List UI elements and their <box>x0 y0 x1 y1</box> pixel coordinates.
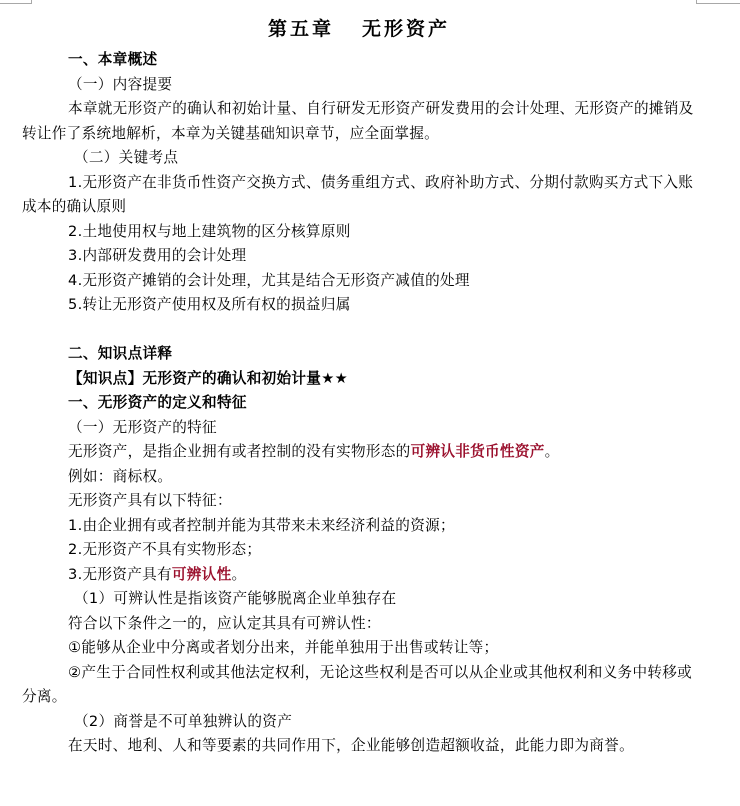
feature-2: 2.无形资产不具有实物形态； <box>22 538 696 563</box>
feature-3-highlight: 可辨认性 <box>172 566 232 583</box>
key-point-2: 2.土地使用权与地上建筑物的区分核算原则 <box>22 220 696 245</box>
key-point-4: 4.无形资产摊销的会计处理，尤其是结合无形资产减值的处理 <box>22 269 696 294</box>
crop-mark-top-right <box>696 0 740 4</box>
chapter-name: 无形资产 <box>362 18 450 40</box>
definition-heading: 一、无形资产的定义和特征 <box>22 391 696 416</box>
subheading-summary: （一）内容提要 <box>22 73 696 98</box>
example-line: 例如：商标权。 <box>22 465 696 490</box>
key-point-3: 3.内部研发费用的会计处理 <box>22 244 696 269</box>
subheading-key-points: （二）关键考点 <box>22 146 696 171</box>
identifiability-heading: （1）可辨认性是指该资产能够脱离企业单独存在 <box>22 587 696 612</box>
knowledge-point-heading: 【知识点】无形资产的确认和初始计量★★ <box>22 367 696 392</box>
definition-line: 无形资产，是指企业拥有或者控制的没有实物形态的可辨认非货币性资产。 <box>22 440 696 465</box>
definition-highlight: 可辨认非货币性资产 <box>411 443 545 460</box>
crop-mark-top-left <box>0 0 32 4</box>
definition-text: 无形资产，是指企业拥有或者控制的没有实物形态的 <box>68 443 411 460</box>
chapter-number: 第五章 <box>268 18 334 40</box>
features-intro: 无形资产具有以下特征： <box>22 489 696 514</box>
section-heading-details: 二、知识点详释 <box>22 342 696 367</box>
feature-1: 1.由企业拥有或者控制并能为其带来未来经济利益的资源； <box>22 514 696 539</box>
document-page: 第五章无形资产 一、本章概述 （一）内容提要 本章就无形资产的确认和初始计量、自… <box>22 14 696 759</box>
condition-2: ②产生于合同性权利或其他法定权利，无论这些权利是否可以从企业或其他权利和义务中转… <box>22 661 696 710</box>
feature-3-text: 3.无形资产具有 <box>68 566 172 583</box>
goodwill-heading: （2）商誉是不可单独辨认的资产 <box>22 710 696 735</box>
key-point-1: 1.无形资产在非货币性资产交换方式、债务重组方式、政府补助方式、分期付款购买方式… <box>22 171 696 220</box>
features-subheading: （一）无形资产的特征 <box>22 416 696 441</box>
condition-1: ①能够从企业中分离或者划分出来，并能单独用于出售或转让等； <box>22 636 696 661</box>
summary-paragraph: 本章就无形资产的确认和初始计量、自行研发无形资产研发费用的会计处理、无形资产的摊… <box>22 97 696 146</box>
section-heading-overview: 一、本章概述 <box>22 48 696 73</box>
key-point-5: 5.转让无形资产使用权及所有权的损益归属 <box>22 293 696 318</box>
identifiability-conditions-intro: 符合以下条件之一的，应认定其具有可辨认性： <box>22 612 696 637</box>
goodwill-paragraph: 在天时、地利、人和等要素的共同作用下，企业能够创造超额收益，此能力即为商誉。 <box>22 734 696 759</box>
feature-3: 3.无形资产具有可辨认性。 <box>22 563 696 588</box>
chapter-title: 第五章无形资产 <box>22 14 696 48</box>
definition-end: 。 <box>545 443 560 460</box>
blank-line <box>22 318 696 343</box>
feature-3-end: 。 <box>231 566 246 583</box>
